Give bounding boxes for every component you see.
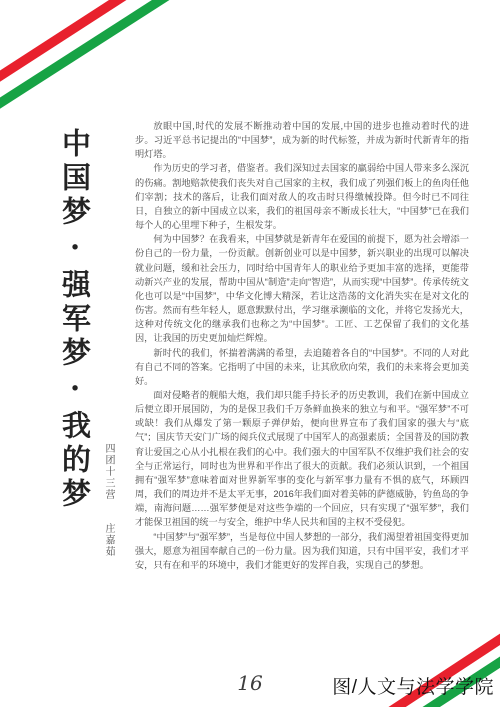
paragraph: 作为历史的学习者，借鉴者。我们深知过去国家的羸弱给中国人带来多么深沉的伤痛。割地…: [135, 161, 469, 232]
paragraph: 新时代的我们，怀揣着满满的希望，去追随着各自的“中国梦”。不同的人对此有自己不同…: [135, 346, 469, 388]
paragraph: 何为中国梦？在我看来，中国梦就是新青年在爱国的前提下，愿为社会增添一份自己的一份…: [135, 232, 469, 345]
magazine-page: 中国梦·强军梦·我的梦 四团十三营 庄嘉茹 放眼中国,时代的发展不断推动着中国的…: [0, 0, 500, 707]
author-block: 四团十三营 庄嘉茹: [101, 443, 116, 558]
paragraph: 放眼中国,时代的发展不断推动着中国的发展,中国的进步也推动着时代的进步。习近平总…: [135, 119, 469, 161]
top-left-red-stripe: [0, 0, 127, 80]
paragraph: 面对侵略者的舰船大炮，我们却只能手持长矛的历史教训，我们在新中国成立后便立即开展…: [135, 388, 469, 530]
author-name: 庄嘉茹: [103, 523, 114, 558]
photo-credit: 图/人文与法学学院: [332, 672, 494, 699]
article-body: 放眼中国,时代的发展不断推动着中国的发展,中国的进步也推动着时代的进步。习近平总…: [135, 119, 469, 572]
paragraph: “中国梦”与“强军梦”，当是每位中国人梦想的一部分，我们渴望着祖国变得更加强大，…: [135, 530, 469, 572]
author-unit: 四团十三营: [103, 443, 114, 501]
top-left-green-stripe: [0, 0, 170, 107]
article-title-vertical: 中国梦·强军梦·我的梦: [56, 128, 94, 538]
